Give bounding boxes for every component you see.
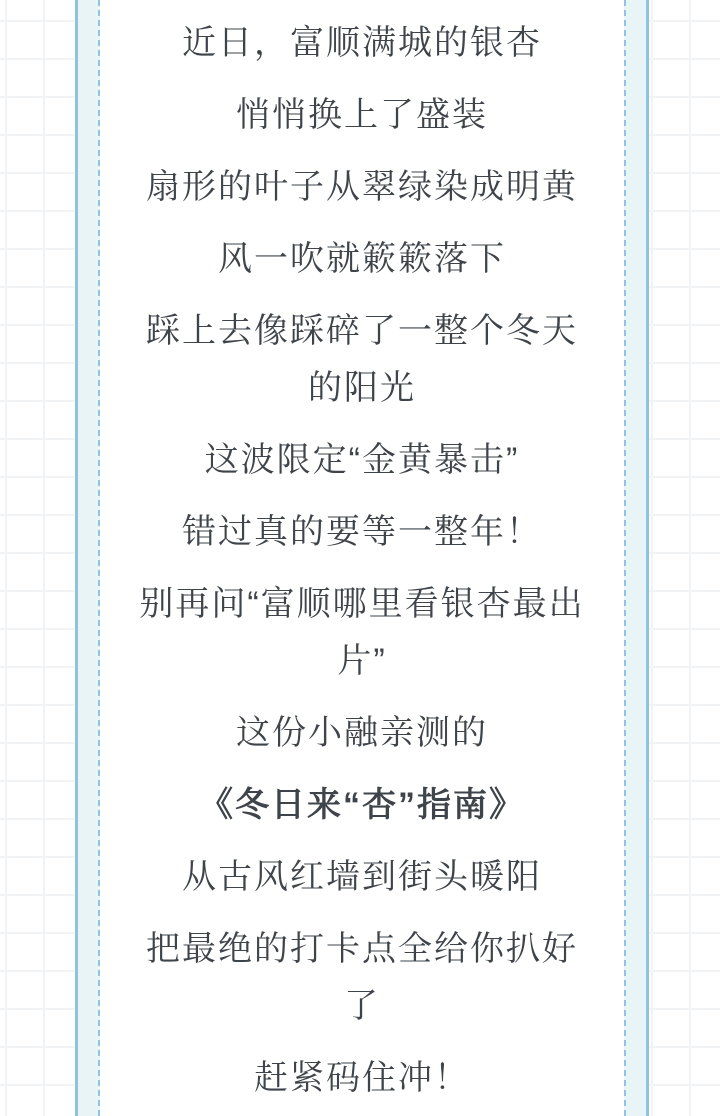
paragraph: 踩上去像踩碎了一整个冬天的阳光 xyxy=(102,303,622,417)
paragraph: 这份小融亲测的 xyxy=(102,705,622,762)
paragraph: 错过真的要等一整年！ xyxy=(102,504,622,561)
paragraph: 这波限定“金黄暴击” xyxy=(102,432,622,489)
notebook-grid-background: 近日，富顺满城的银杏悄悄换上了盛装扇形的叶子从翠绿染成明黄风一吹就簌簌落下踩上去… xyxy=(0,0,720,1116)
paragraph: 扇形的叶子从翠绿染成明黄 xyxy=(102,159,622,216)
paragraph: 《冬日来“杏”指南》 xyxy=(102,777,622,834)
paragraph: 近日，富顺满城的银杏 xyxy=(102,15,622,72)
paragraph: 悄悄换上了盛装 xyxy=(102,87,622,144)
paragraph: 别再问“富顺哪里看银杏最出片” xyxy=(102,576,622,690)
paragraph: 把最绝的打卡点全给你扒好了 xyxy=(102,921,622,1035)
card-right-decorative-strip xyxy=(624,0,646,1116)
card-left-decorative-strip xyxy=(78,0,100,1116)
paragraph: 赶紧码住冲！ xyxy=(102,1050,622,1107)
article-card: 近日，富顺满城的银杏悄悄换上了盛装扇形的叶子从翠绿染成明黄风一吹就簌簌落下踩上去… xyxy=(75,0,649,1116)
paragraph: 风一吹就簌簌落下 xyxy=(102,231,622,288)
paragraph: 从古风红墙到街头暖阳 xyxy=(102,849,622,906)
article-body: 近日，富顺满城的银杏悄悄换上了盛装扇形的叶子从翠绿染成明黄风一吹就簌簌落下踩上去… xyxy=(102,0,622,1116)
